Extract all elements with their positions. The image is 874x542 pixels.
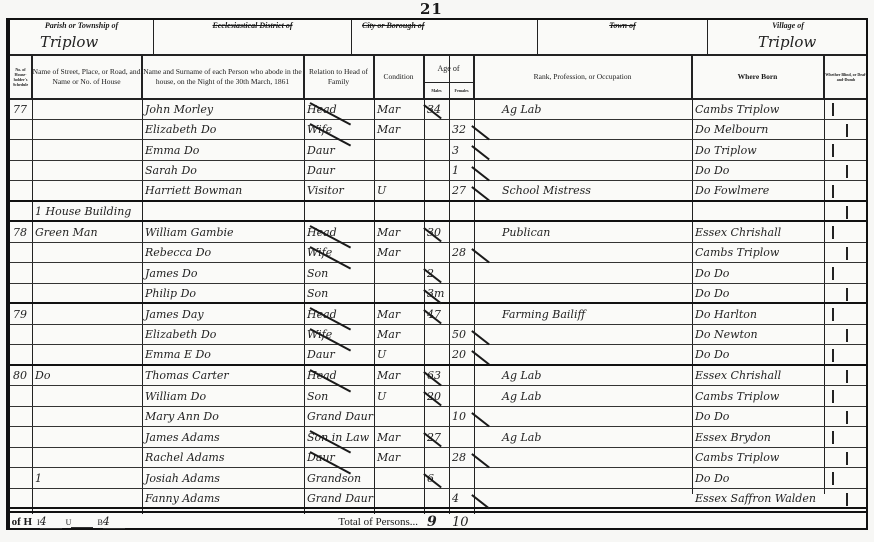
name-cell: Elizabeth Do xyxy=(142,326,304,345)
infirmity-tick-mark xyxy=(846,370,848,383)
table-row: Sarah DoDaur1Do Do xyxy=(10,162,866,182)
col-where-born: Where Born xyxy=(692,56,824,98)
schedule-cell xyxy=(10,428,32,447)
condition-cell: Mar xyxy=(374,428,424,447)
where-born-cell: Cambs Triplow xyxy=(692,449,824,468)
street-cell xyxy=(32,285,142,303)
occupation-cell xyxy=(474,449,692,468)
male-age-cell xyxy=(424,449,449,468)
schedule-cell xyxy=(10,285,32,303)
occupation-cell: School Mistress xyxy=(474,182,692,200)
where-born-cell: Do Do xyxy=(692,469,824,488)
relation-cell: Daur xyxy=(304,141,374,160)
infirmity-tick-mark xyxy=(832,349,834,362)
male-age-cell xyxy=(424,203,449,221)
total-persons-label: Total of Persons... xyxy=(142,513,422,531)
name-cell: Thomas Carter xyxy=(142,367,304,386)
name-cell: Emma Do xyxy=(142,141,304,160)
street-cell: 1 xyxy=(32,469,142,488)
occupation-cell xyxy=(474,141,692,160)
page-number: 21 xyxy=(420,0,443,18)
street-cell: Green Man xyxy=(32,223,142,242)
street-cell xyxy=(32,305,142,324)
total-males: 9 xyxy=(424,513,449,531)
relation-cell: Wife xyxy=(304,326,374,345)
infirmity-tick-mark xyxy=(832,390,834,403)
total-females: 10 xyxy=(449,513,474,531)
where-born-cell: Do Fowlmere xyxy=(692,182,824,200)
infirmity-tick-mark xyxy=(846,124,848,137)
where-born-cell: Do Do xyxy=(692,346,824,364)
schedule-cell: 77 xyxy=(10,100,32,119)
male-age-cell xyxy=(424,346,449,364)
condition-cell: Mar xyxy=(374,326,424,345)
occupation-cell xyxy=(474,203,692,221)
condition-cell xyxy=(374,408,424,427)
table-row: Harriett BowmanVisitorU27School Mistress… xyxy=(10,182,866,202)
village-value: Triplow xyxy=(758,33,816,51)
name-cell: James Do xyxy=(142,264,304,283)
table-row: Fanny AdamsGrand Daur4Essex Saffron Wald… xyxy=(10,490,866,510)
where-born-cell: Essex Brydon xyxy=(692,428,824,447)
schedule-cell: 80 xyxy=(10,367,32,386)
condition-cell: Mar xyxy=(374,121,424,140)
occupation-cell: Ag Lab xyxy=(474,428,692,447)
infirmity-tick-mark xyxy=(846,329,848,342)
table-row: 1 House Building xyxy=(10,203,866,223)
schedule-cell xyxy=(10,469,32,488)
totals-row: Total of Houses I 4 U B 4 Total of Perso… xyxy=(10,511,866,531)
parish-value: Triplow xyxy=(40,33,98,51)
condition-cell xyxy=(374,203,424,221)
village-label: Village of xyxy=(708,21,868,30)
condition-cell xyxy=(374,285,424,303)
name-cell: Mary Ann Do xyxy=(142,408,304,427)
district-borough: City or Borough of xyxy=(352,20,538,54)
infirmity-tick-mark xyxy=(846,452,848,465)
infirmity-tick-mark xyxy=(832,431,834,444)
where-born-cell: Do Melbourn xyxy=(692,121,824,140)
street-cell: Do xyxy=(32,367,142,386)
table-row: 1Josiah AdamsGrandson6Do Do xyxy=(10,469,866,489)
where-born-cell: Do Do xyxy=(692,264,824,283)
where-born-cell xyxy=(692,203,824,221)
town-label: Town of xyxy=(538,21,707,30)
name-cell: William Gambie xyxy=(142,223,304,242)
name-cell: Harriett Bowman xyxy=(142,182,304,200)
occupation-cell xyxy=(474,264,692,283)
col-occupation: Rank, Profession, or Occupation xyxy=(474,56,692,98)
occupation-cell: Ag Lab xyxy=(474,367,692,386)
occupation-cell: Ag Lab xyxy=(474,100,692,119)
table-row: Rebecca DoWifeMar28Cambs Triplow xyxy=(10,244,866,264)
inhabited-count: 4 xyxy=(40,515,62,529)
name-cell: John Morley xyxy=(142,100,304,119)
occupation-cell: Farming Bailiff xyxy=(474,305,692,324)
street-cell xyxy=(32,121,142,140)
infirmity-tick-mark xyxy=(832,267,834,280)
schedule-cell: 79 xyxy=(10,305,32,324)
name-cell: William Do xyxy=(142,387,304,406)
relation-cell: Grand Daur xyxy=(304,408,374,427)
female-age-cell: 32 xyxy=(449,121,474,140)
occupation-cell xyxy=(474,326,692,345)
name-cell: Philip Do xyxy=(142,285,304,303)
relation-cell: Daur xyxy=(304,346,374,364)
infirmity-tick-mark xyxy=(832,185,834,198)
where-born-cell: Do Do xyxy=(692,285,824,303)
street-cell xyxy=(32,387,142,406)
street-cell xyxy=(32,182,142,200)
ecclesiastical-label: Ecclesiastical District of xyxy=(154,21,351,30)
where-born-cell: Essex Chrishall xyxy=(692,367,824,386)
table-row: 77John MorleyHeadMar34Ag LabCambs Triplo… xyxy=(10,100,866,120)
table-row: Elizabeth DoWifeMar50Do Newton xyxy=(10,326,866,346)
male-age-cell xyxy=(424,121,449,140)
table-row: James AdamsSon in LawMar27Ag LabEssex Br… xyxy=(10,428,866,448)
infirmity-tick-mark xyxy=(832,144,834,157)
where-born-cell: Do Do xyxy=(692,162,824,181)
occupation-cell: Ag Lab xyxy=(474,387,692,406)
male-age-cell xyxy=(424,244,449,263)
infirmity-tick-mark xyxy=(846,288,848,301)
schedule-cell xyxy=(10,490,32,508)
occupation-cell xyxy=(474,408,692,427)
table-row: James DoSon2Do Do xyxy=(10,264,866,284)
borough-label: City or Borough of xyxy=(362,21,547,30)
schedule-cell xyxy=(10,141,32,160)
female-age-cell xyxy=(449,203,474,221)
female-age-cell xyxy=(449,428,474,447)
col-condition: Condition xyxy=(374,56,424,98)
schedule-cell xyxy=(10,162,32,181)
female-age-cell: 20 xyxy=(449,346,474,364)
col-females: Females xyxy=(449,82,474,100)
schedule-cell xyxy=(10,203,32,221)
male-age-cell xyxy=(424,182,449,200)
where-born-cell: Do Triplow xyxy=(692,141,824,160)
name-cell: Emma E Do xyxy=(142,346,304,364)
female-age-cell: 4 xyxy=(449,490,474,508)
where-born-cell: Do Newton xyxy=(692,326,824,345)
relation-cell: Daur xyxy=(304,162,374,181)
relation-cell: Wife xyxy=(304,121,374,140)
table-row: 78Green ManWilliam GambieHeadMar30Public… xyxy=(10,223,866,243)
infirmity-tick-mark xyxy=(832,103,834,116)
name-cell: James Adams xyxy=(142,428,304,447)
occupation-cell: Publican xyxy=(474,223,692,242)
name-cell: Sarah Do xyxy=(142,162,304,181)
table-row: Rachel AdamsDaurMar28Cambs Triplow xyxy=(10,449,866,469)
relation-cell: Son xyxy=(304,387,374,406)
col-infirmity: Whether Blind, or Deaf-and-Dumb xyxy=(824,56,868,98)
female-age-cell: 1 xyxy=(449,162,474,181)
relation-cell: Son xyxy=(304,264,374,283)
condition-cell: Mar xyxy=(374,305,424,324)
col-street: Name of Street, Place, or Road, and Name… xyxy=(32,56,142,98)
occupation-cell xyxy=(474,162,692,181)
occupation-cell xyxy=(474,490,692,508)
table-row: Philip DoSon3mDo Do xyxy=(10,285,866,305)
condition-cell: U xyxy=(374,346,424,364)
schedule-cell xyxy=(10,449,32,468)
col-relation: Relation to Head of Family xyxy=(304,56,374,98)
female-age-cell xyxy=(449,387,474,406)
name-cell: Josiah Adams xyxy=(142,469,304,488)
relation-cell: Visitor xyxy=(304,182,374,200)
infirmity-tick-mark xyxy=(846,165,848,178)
occupation-cell xyxy=(474,285,692,303)
relation-cell: Son in Law xyxy=(304,428,374,447)
male-age-cell xyxy=(424,162,449,181)
where-born-cell: Do Do xyxy=(692,408,824,427)
district-parish: Parish or Township of Triplow xyxy=(10,20,154,54)
where-born-cell: Cambs Triplow xyxy=(692,387,824,406)
female-age-cell: 3 xyxy=(449,141,474,160)
infirmity-tick-mark xyxy=(832,308,834,321)
name-cell: Fanny Adams xyxy=(142,490,304,508)
female-age-cell xyxy=(449,100,474,119)
relation-cell: Son xyxy=(304,285,374,303)
condition-cell xyxy=(374,162,424,181)
condition-cell: Mar xyxy=(374,223,424,242)
schedule-cell xyxy=(10,264,32,283)
relation-cell: Head xyxy=(304,367,374,386)
where-born-cell: Do Harlton xyxy=(692,305,824,324)
street-cell xyxy=(32,346,142,364)
schedule-cell xyxy=(10,408,32,427)
table-row: 80DoThomas CarterHeadMar63Ag LabEssex Ch… xyxy=(10,367,866,387)
street-cell xyxy=(32,326,142,345)
female-age-cell xyxy=(449,367,474,386)
census-sheet: Parish or Township of Triplow Ecclesiast… xyxy=(6,18,868,530)
female-age-cell: 28 xyxy=(449,244,474,263)
occupation-cell xyxy=(474,244,692,263)
female-age-cell xyxy=(449,305,474,324)
female-age-cell: 27 xyxy=(449,182,474,200)
district-ecclesiastical: Ecclesiastical District of xyxy=(154,20,352,54)
street-cell xyxy=(32,408,142,427)
relation-cell: Head xyxy=(304,305,374,324)
district-village: Village of Triplow xyxy=(708,20,868,54)
relation-cell: Grand Daur xyxy=(304,490,374,508)
occupation-cell xyxy=(474,121,692,140)
parish-label: Parish or Township of xyxy=(10,21,153,30)
female-age-cell xyxy=(449,469,474,488)
infirmity-tick-mark xyxy=(832,472,834,485)
infirmity-tick-mark xyxy=(846,206,848,219)
condition-cell xyxy=(374,490,424,508)
street-cell xyxy=(32,428,142,447)
condition-cell xyxy=(374,469,424,488)
where-born-cell: Essex Saffron Walden xyxy=(692,490,824,508)
where-born-cell: Cambs Triplow xyxy=(692,100,824,119)
relation-cell xyxy=(304,203,374,221)
name-cell xyxy=(142,203,304,221)
where-born-cell: Essex Chrishall xyxy=(692,223,824,242)
occupation-cell xyxy=(474,469,692,488)
male-age-cell xyxy=(424,326,449,345)
male-age-cell xyxy=(424,408,449,427)
col-males: Males xyxy=(424,82,450,100)
table-row: Mary Ann DoGrand Daur10Do Do xyxy=(10,408,866,428)
male-age-cell xyxy=(424,141,449,160)
district-town: Town of xyxy=(538,20,708,54)
building-count: 4 xyxy=(103,515,125,529)
relation-cell: Head xyxy=(304,100,374,119)
occupation-cell xyxy=(474,346,692,364)
condition-cell: U xyxy=(374,182,424,200)
condition-cell xyxy=(374,141,424,160)
street-cell xyxy=(32,244,142,263)
table-row: 79James DayHeadMar47Farming BailiffDo Ha… xyxy=(10,305,866,325)
schedule-cell xyxy=(10,244,32,263)
relation-cell: Wife xyxy=(304,244,374,263)
col-name: Name and Surname of each Person who abod… xyxy=(142,56,304,98)
condition-cell xyxy=(374,264,424,283)
condition-cell: Mar xyxy=(374,449,424,468)
female-age-cell: 10 xyxy=(449,408,474,427)
table-row: Elizabeth DoWifeMar32Do Melbourn xyxy=(10,121,866,141)
schedule-cell xyxy=(10,182,32,200)
infirmity-tick-mark xyxy=(832,226,834,239)
female-age-cell xyxy=(449,264,474,283)
female-age-cell: 28 xyxy=(449,449,474,468)
infirmity-tick-mark xyxy=(846,247,848,260)
name-cell: James Day xyxy=(142,305,304,324)
uninhabited-count xyxy=(71,517,93,528)
col-schedule-no: No. of House-holder's Schedule xyxy=(10,56,32,98)
street-cell: 1 House Building xyxy=(32,203,142,221)
schedule-cell xyxy=(10,326,32,345)
condition-cell: Mar xyxy=(374,367,424,386)
female-age-cell: 50 xyxy=(449,326,474,345)
street-cell xyxy=(32,162,142,181)
street-cell xyxy=(32,449,142,468)
schedule-cell xyxy=(10,121,32,140)
schedule-cell xyxy=(10,387,32,406)
schedule-cell: 78 xyxy=(10,223,32,242)
name-cell: Rebecca Do xyxy=(142,244,304,263)
infirmity-tick-mark xyxy=(846,493,848,506)
relation-cell: Grandson xyxy=(304,469,374,488)
street-cell xyxy=(32,100,142,119)
schedule-cell xyxy=(10,346,32,364)
table-row: Emma DoDaur3Do Triplow xyxy=(10,141,866,161)
street-cell xyxy=(32,141,142,160)
male-age-cell xyxy=(424,490,449,508)
table-row: William DoSonU20Ag LabCambs Triplow xyxy=(10,387,866,407)
where-born-cell: Cambs Triplow xyxy=(692,244,824,263)
female-age-cell xyxy=(449,285,474,303)
table-row: Emma E DoDaurU20Do Do xyxy=(10,346,866,366)
condition-cell: Mar xyxy=(374,244,424,263)
houses-totals: I 4 U B 4 xyxy=(34,513,142,531)
street-cell xyxy=(32,490,142,508)
condition-cell: U xyxy=(374,387,424,406)
relation-cell: Daur xyxy=(304,449,374,468)
column-header-row: No. of House-holder's Schedule Name of S… xyxy=(10,54,866,100)
female-age-cell xyxy=(449,223,474,242)
total-houses-label: Total of Houses xyxy=(10,513,32,531)
relation-cell: Head xyxy=(304,223,374,242)
name-cell: Elizabeth Do xyxy=(142,121,304,140)
street-cell xyxy=(32,264,142,283)
condition-cell: Mar xyxy=(374,100,424,119)
infirmity-tick-mark xyxy=(846,411,848,424)
name-cell: Rachel Adams xyxy=(142,449,304,468)
